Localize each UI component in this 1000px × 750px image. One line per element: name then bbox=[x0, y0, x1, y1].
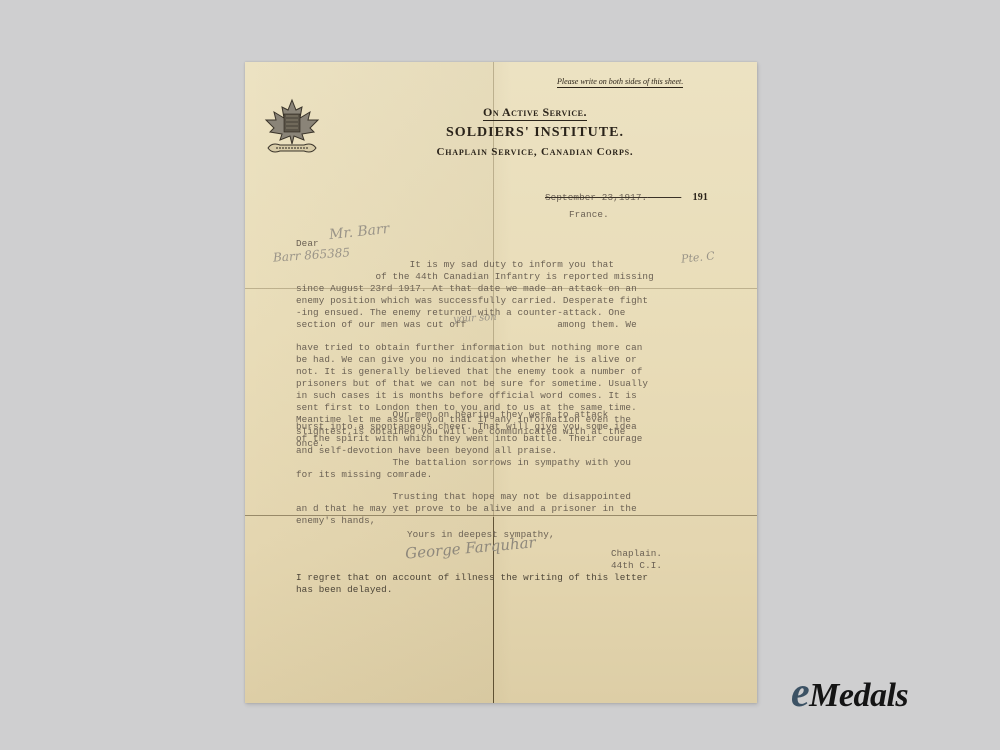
handwritten-rank: Pte. C bbox=[680, 249, 715, 265]
top-instruction-note: Please write on both sides of this sheet… bbox=[557, 77, 683, 88]
letterhead-chaplain-service: Chaplain Service, Canadian Corps. bbox=[345, 146, 725, 158]
letterhead-soldiers-institute: SOLDIERS' INSTITUTE. bbox=[345, 125, 725, 141]
postscript: I regret that on account of illness the … bbox=[296, 572, 648, 596]
handwritten-recipient: Mr. Barr bbox=[328, 221, 390, 243]
handwritten-insert: your son bbox=[453, 312, 497, 325]
maple-leaf-crest-icon bbox=[262, 98, 322, 158]
letterhead-on-active-service: On Active Service. bbox=[345, 105, 725, 120]
signer-title: Chaplain. 44th C.I. bbox=[611, 548, 662, 572]
body-paragraph-4: Trusting that hope may not be disappoint… bbox=[296, 491, 637, 527]
printed-year: 191 bbox=[693, 192, 708, 203]
date-line: September 23,1917. 191 bbox=[545, 192, 708, 204]
emedals-watermark-logo: eMedals bbox=[791, 673, 908, 716]
typed-date: September 23,1917. bbox=[545, 192, 647, 203]
letter-sheet: Please write on both sides of this sheet… bbox=[245, 62, 757, 703]
place: France. bbox=[569, 209, 609, 221]
logo-name: Medals bbox=[809, 677, 908, 714]
logo-e: e bbox=[791, 670, 809, 716]
body-paragraph-3: Our men on hearing they were to attack b… bbox=[296, 409, 642, 481]
